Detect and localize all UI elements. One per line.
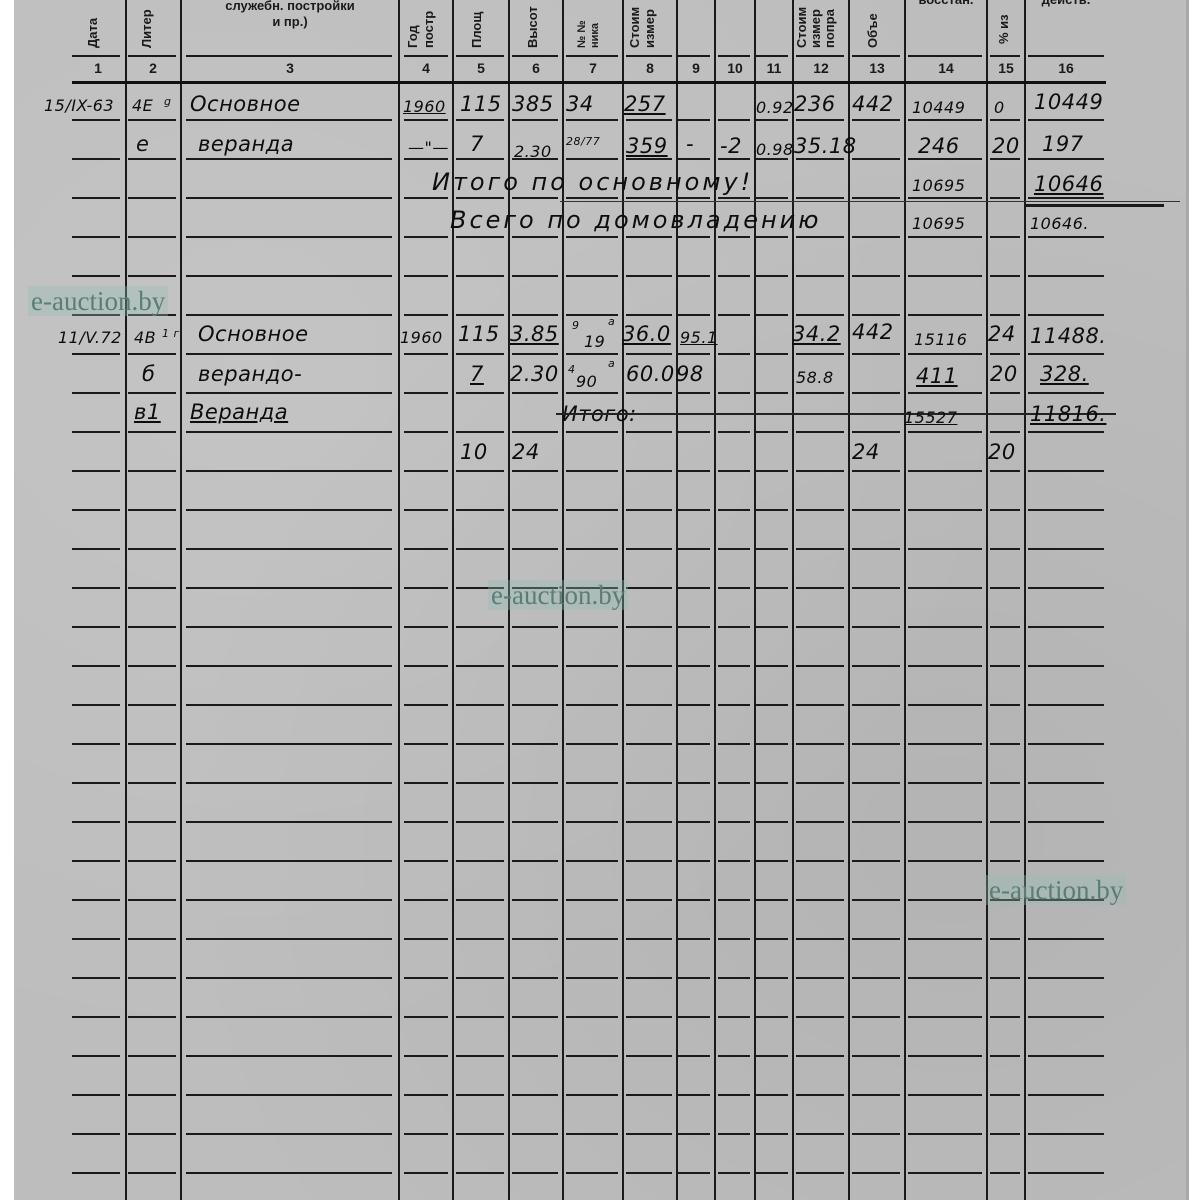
row-rule: [1028, 197, 1104, 199]
header-height: Высот: [526, 6, 540, 48]
row-rule: [404, 977, 448, 979]
row-rule: [718, 704, 750, 706]
row-rule: [456, 158, 504, 160]
header-rule: [990, 55, 1020, 57]
row-rule: [796, 1133, 844, 1135]
row-rule: [186, 275, 392, 277]
column-number: 11: [756, 60, 792, 78]
row-rule: [72, 860, 120, 862]
row-rule: [456, 353, 504, 355]
row-rule: [852, 548, 900, 550]
row-rule: [72, 1172, 120, 1174]
row-rule: [512, 899, 558, 901]
row-rule: [72, 392, 120, 394]
row-rule: [756, 587, 788, 589]
row-rule: [908, 899, 982, 901]
row-rule: [852, 665, 900, 667]
row-rule: [990, 275, 1020, 277]
entry3-height: 3.85: [510, 322, 559, 346]
row-rule: [626, 1016, 672, 1018]
entry3-restore: 15116: [914, 328, 967, 352]
row-rule: [718, 1094, 750, 1096]
column-rule: [398, 0, 400, 1200]
row-rule: [626, 1133, 672, 1135]
subtotal-rule: [560, 201, 1180, 202]
row-rule: [186, 587, 392, 589]
row-rule: [990, 743, 1020, 745]
row-rule: [626, 977, 672, 979]
row-rule: [852, 899, 900, 901]
row-rule: [626, 626, 672, 628]
header-rule: [456, 55, 504, 57]
column-number: 8: [624, 60, 676, 78]
row-rule: [678, 158, 710, 160]
row-rule: [852, 1172, 900, 1174]
entry6-wear: 20: [988, 440, 1016, 464]
row-rule: [852, 353, 900, 355]
row-rule: [128, 470, 176, 472]
row-rule: [756, 470, 788, 472]
entry2-number: 28/77: [566, 130, 600, 154]
row-rule: [404, 899, 448, 901]
row-rule: [908, 314, 982, 316]
row-rule: [1028, 353, 1104, 355]
column-number: 13: [850, 60, 904, 78]
entry4-wear: 20: [990, 362, 1018, 386]
header-year: Год: [406, 25, 420, 48]
entry3-actual: 11488.: [1030, 324, 1106, 348]
row-rule: [718, 782, 750, 784]
row-rule: [1028, 704, 1104, 706]
entry5-name: Веранда: [190, 400, 288, 424]
row-rule: [796, 392, 844, 394]
header-rule: [796, 55, 844, 57]
row-rule: [456, 1016, 504, 1018]
row-rule: [566, 470, 618, 472]
row-rule: [852, 704, 900, 706]
row-rule: [512, 548, 558, 550]
row-rule: [678, 665, 710, 667]
row-rule: [908, 977, 982, 979]
row-rule: [678, 392, 710, 394]
row-rule: [456, 665, 504, 667]
entry1-name: Основное: [190, 92, 301, 116]
row-rule: [72, 158, 120, 160]
row-rule: [72, 782, 120, 784]
row-rule: [404, 1094, 448, 1096]
row-rule: [512, 743, 558, 745]
row-rule: [990, 704, 1020, 706]
row-rule: [512, 275, 558, 277]
row-rule: [718, 158, 750, 160]
header-bottom-rule: [72, 81, 1106, 84]
row-rule: [796, 977, 844, 979]
row-rule: [1028, 1094, 1104, 1096]
row-rule: [72, 1016, 120, 1018]
row-rule: [186, 782, 392, 784]
row-rule: [566, 236, 618, 238]
row-rule: [852, 314, 900, 316]
row-rule: [990, 314, 1020, 316]
row-rule: [756, 821, 788, 823]
row-rule: [404, 665, 448, 667]
row-rule: [796, 431, 844, 433]
row-rule: [718, 236, 750, 238]
row-rule: [1028, 1016, 1104, 1018]
entry3-area: 115: [458, 322, 500, 346]
row-rule: [990, 1172, 1020, 1174]
row-rule: [990, 665, 1020, 667]
entry1-restore: 10449: [912, 96, 965, 120]
row-rule: [908, 743, 982, 745]
row-rule: [186, 1094, 392, 1096]
column-number: 16: [1026, 60, 1106, 78]
row-rule: [456, 1133, 504, 1135]
row-rule: [566, 1094, 618, 1096]
row-rule: [72, 197, 120, 199]
header-rule: [128, 55, 176, 57]
row-rule: [718, 431, 750, 433]
row-rule: [566, 899, 618, 901]
row-rule: [186, 743, 392, 745]
row-rule: [512, 470, 558, 472]
header-rule: [718, 55, 750, 57]
entry1-area: 115: [460, 92, 502, 116]
row-rule: [456, 470, 504, 472]
row-rule: [718, 899, 750, 901]
column-number: 9: [678, 60, 714, 78]
row-rule: [512, 1094, 558, 1096]
watermark: e-auction.by: [986, 875, 1126, 905]
row-rule: [852, 509, 900, 511]
row-rule: [756, 938, 788, 940]
row-rule: [852, 275, 900, 277]
row-rule: [756, 431, 788, 433]
row-rule: [186, 353, 392, 355]
row-rule: [456, 119, 504, 121]
row-rule: [718, 197, 750, 199]
row-rule: [990, 431, 1020, 433]
column-number: 2: [127, 60, 179, 78]
header-rule: [678, 55, 710, 57]
row-rule: [990, 626, 1020, 628]
row-rule: [456, 938, 504, 940]
row-rule: [626, 197, 672, 199]
row-rule: [186, 938, 392, 940]
row-rule: [990, 197, 1020, 199]
row-rule: [718, 509, 750, 511]
header-area: Площ: [470, 12, 484, 48]
row-rule: [852, 470, 900, 472]
row-rule: [186, 1016, 392, 1018]
row-rule: [128, 587, 176, 589]
entry4-liter: б: [142, 362, 155, 386]
row-rule: [678, 197, 710, 199]
row-rule: [626, 704, 672, 706]
row-rule: [566, 1055, 618, 1057]
header-restore: восстан.: [906, 0, 986, 8]
row-rule: [626, 1172, 672, 1174]
row-rule: [128, 626, 176, 628]
header-rule: [512, 55, 558, 57]
row-rule: [72, 548, 120, 550]
row-rule: [566, 977, 618, 979]
row-rule: [186, 899, 392, 901]
row-rule: [852, 197, 900, 199]
row-rule: [128, 392, 176, 394]
row-rule: [908, 587, 982, 589]
row-rule: [678, 1016, 710, 1018]
entry1-actual: 10449: [1034, 90, 1103, 114]
row-rule: [678, 470, 710, 472]
row-rule: [796, 1055, 844, 1057]
row-rule: [852, 860, 900, 862]
row-rule: [852, 977, 900, 979]
entry1-unit-cost: 257: [624, 92, 666, 116]
row-rule: [512, 821, 558, 823]
row-rule: [678, 431, 710, 433]
row-rule: [128, 548, 176, 550]
row-rule: [756, 1133, 788, 1135]
row-rule: [908, 275, 982, 277]
row-rule: [72, 665, 120, 667]
row-rule: [718, 1016, 750, 1018]
row-rule: [512, 782, 558, 784]
row-rule: [908, 1172, 982, 1174]
row-rule: [566, 860, 618, 862]
row-rule: [756, 275, 788, 277]
row-rule: [990, 821, 1020, 823]
entry3-name: Основное: [198, 322, 309, 346]
entry1-height: 385: [512, 92, 554, 116]
column-rule: [986, 0, 988, 1200]
row-rule: [404, 1055, 448, 1057]
row-rule: [718, 860, 750, 862]
row-rule: [852, 1016, 900, 1018]
subtotal-label: Итого по основному!: [432, 170, 753, 194]
row-rule: [678, 275, 710, 277]
row-rule: [128, 743, 176, 745]
row-rule: [796, 353, 844, 355]
row-rule: [852, 743, 900, 745]
header-rule: [404, 55, 448, 57]
header-description-line1: служебн. постройки: [182, 0, 398, 14]
header-actual: действ.: [1026, 0, 1106, 8]
row-rule: [756, 860, 788, 862]
entry3-number-top: 9: [572, 314, 580, 338]
row-rule: [1028, 1172, 1104, 1174]
row-rule: [756, 899, 788, 901]
row-rule: [678, 626, 710, 628]
row-rule: [718, 392, 750, 394]
row-rule: [566, 1172, 618, 1174]
row-rule: [756, 392, 788, 394]
row-rule: [756, 743, 788, 745]
row-rule: [718, 275, 750, 277]
header-rule: [566, 55, 618, 57]
row-rule: [718, 119, 750, 121]
row-rule: [128, 665, 176, 667]
entry1-coef: 0.92: [756, 96, 794, 120]
subtotal-restore: 10695: [912, 174, 965, 198]
row-rule: [186, 470, 392, 472]
row-rule: [852, 587, 900, 589]
entry3-wear: 24: [988, 322, 1016, 346]
subtotal-actual: 10646: [1034, 172, 1103, 196]
row-rule: [718, 665, 750, 667]
row-rule: [908, 782, 982, 784]
row-rule: [186, 548, 392, 550]
row-rule: [990, 158, 1020, 160]
entry1-volume: 442: [852, 92, 894, 116]
row-rule: [718, 626, 750, 628]
row-rule: [626, 587, 672, 589]
row-rule: [718, 587, 750, 589]
entry2-unit-cost: 359: [626, 134, 668, 158]
row-rule: [186, 821, 392, 823]
row-rule: [128, 1055, 176, 1057]
header-rule: [72, 55, 120, 57]
row-rule: [852, 431, 900, 433]
row-rule: [908, 392, 982, 394]
row-rule: [404, 860, 448, 862]
row-rule: [908, 470, 982, 472]
row-rule: [128, 509, 176, 511]
row-rule: [566, 743, 618, 745]
row-rule: [72, 977, 120, 979]
column-number: 6: [510, 60, 562, 78]
row-rule: [796, 899, 844, 901]
row-rule: [72, 431, 120, 433]
row-rule: [186, 197, 392, 199]
header-rule: [186, 55, 392, 57]
row-rule: [626, 1055, 672, 1057]
row-rule: [718, 548, 750, 550]
row-rule: [512, 236, 558, 238]
row-rule: [718, 1172, 750, 1174]
row-rule: [566, 275, 618, 277]
column-number: 14: [906, 60, 986, 78]
row-rule: [1028, 938, 1104, 940]
header-rule: [626, 55, 672, 57]
row-rule: [128, 119, 176, 121]
row-rule: [756, 314, 788, 316]
row-rule: [756, 509, 788, 511]
row-rule: [404, 1133, 448, 1135]
row-rule: [128, 1016, 176, 1018]
row-rule: [566, 626, 618, 628]
column-rule: [848, 0, 850, 1200]
row-rule: [404, 197, 448, 199]
row-rule: [1028, 665, 1104, 667]
column-rule: [125, 0, 127, 1200]
row-rule: [678, 314, 710, 316]
row-rule: [756, 782, 788, 784]
row-rule: [718, 938, 750, 940]
row-rule: [404, 314, 448, 316]
row-rule: [756, 1094, 788, 1096]
row-rule: [512, 665, 558, 667]
row-rule: [756, 665, 788, 667]
entry4-unit-cost: 60.0: [626, 362, 675, 386]
column-rule: [754, 0, 756, 1200]
row-rule: [72, 899, 120, 901]
row-rule: [626, 860, 672, 862]
row-rule: [456, 860, 504, 862]
entry2-name: веранда: [198, 132, 294, 156]
row-rule: [456, 509, 504, 511]
row-rule: [796, 587, 844, 589]
row-rule: [456, 704, 504, 706]
row-rule: [1028, 587, 1104, 589]
row-rule: [72, 509, 120, 511]
row-rule: [186, 158, 392, 160]
row-rule: [796, 665, 844, 667]
row-rule: [186, 314, 392, 316]
row-rule: [128, 821, 176, 823]
row-rule: [1028, 119, 1104, 121]
entry1-wear: 0: [994, 96, 1005, 120]
row-rule: [566, 431, 618, 433]
row-rule: [678, 977, 710, 979]
row-rule: [72, 119, 120, 121]
entry6-height: 24: [512, 440, 540, 464]
row-rule: [796, 1094, 844, 1096]
row-rule: [756, 977, 788, 979]
row-rule: [128, 197, 176, 199]
row-rule: [404, 821, 448, 823]
row-rule: [678, 1055, 710, 1057]
row-rule: [512, 704, 558, 706]
row-rule: [626, 119, 672, 121]
column-rule: [792, 0, 794, 1200]
header-liter: Литер: [140, 9, 154, 48]
row-rule: [1028, 743, 1104, 745]
row-rule: [626, 548, 672, 550]
row-rule: [796, 626, 844, 628]
row-rule: [566, 197, 618, 199]
entry3-date: 11/V.72: [58, 326, 122, 350]
row-rule: [186, 860, 392, 862]
row-rule: [990, 1094, 1020, 1096]
row-rule: [456, 236, 504, 238]
row-rule: [72, 1094, 120, 1096]
row-rule: [796, 860, 844, 862]
entry4-actual: 328.: [1040, 362, 1089, 386]
row-rule: [990, 977, 1020, 979]
row-rule: [72, 821, 120, 823]
row-rule: [512, 977, 558, 979]
row-rule: [186, 704, 392, 706]
entry5-restore: 15527: [904, 406, 957, 430]
entry5-actual: 11816.: [1030, 402, 1106, 426]
row-rule: [566, 782, 618, 784]
row-rule: [404, 626, 448, 628]
header-description: служебн. постройки и пр.): [182, 0, 398, 30]
entry2-adj-cost: 35.18: [794, 134, 857, 158]
column-number: 12: [794, 60, 848, 78]
row-rule: [1028, 782, 1104, 784]
entry2-area: 7: [470, 132, 484, 156]
row-rule: [128, 704, 176, 706]
entry1-liter: 4Е: [132, 94, 153, 118]
row-rule: [456, 782, 504, 784]
header-unit-cost-2: измер: [643, 9, 657, 48]
row-rule: [678, 1172, 710, 1174]
row-rule: [678, 119, 710, 121]
row-rule: [566, 1133, 618, 1135]
entry4-number-sup: а: [608, 352, 615, 376]
